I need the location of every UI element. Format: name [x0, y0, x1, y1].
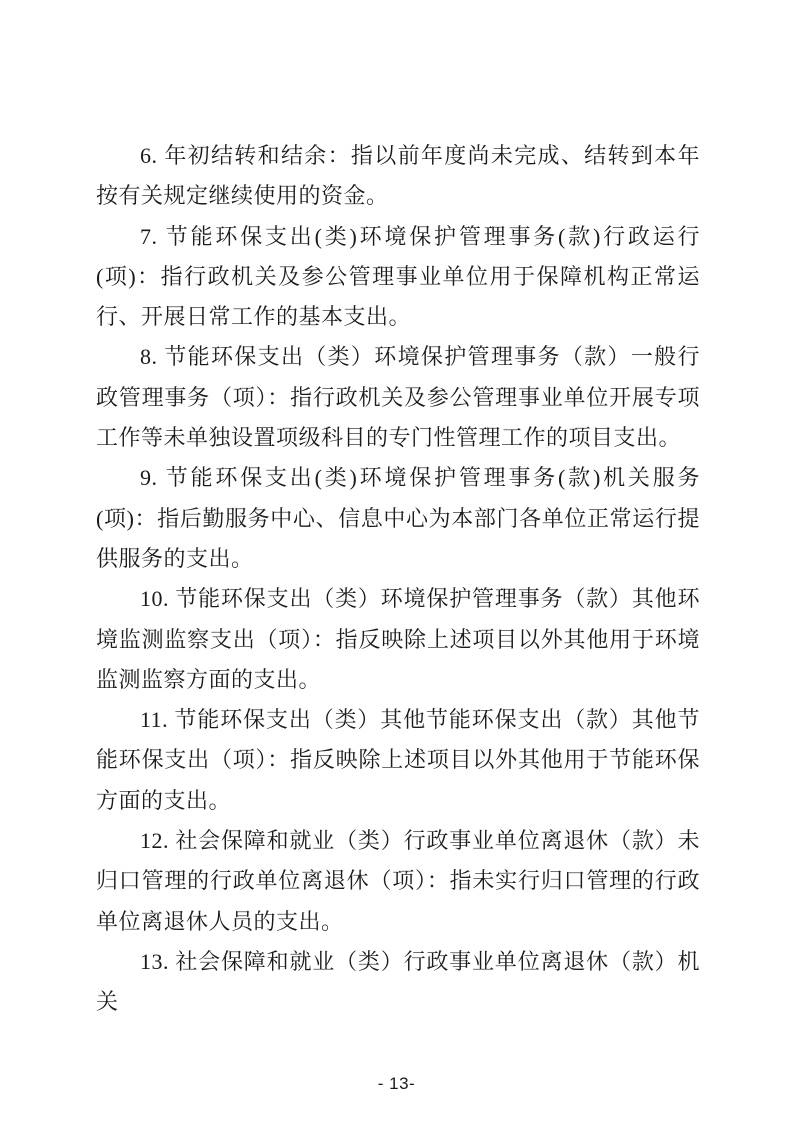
paragraph-item-9: 9. 节能环保支出(类)环境保护管理事务(款)机关服务(项)：指后勤服务中心、信… — [96, 458, 700, 579]
document-page: 6. 年初结转和结余：指以前年度尚未完成、结转到本年按有关规定继续使用的资金。 … — [0, 0, 793, 1122]
page-number: - 13- — [0, 1074, 793, 1094]
paragraph-item-6: 6. 年初结转和结余：指以前年度尚未完成、结转到本年按有关规定继续使用的资金。 — [96, 136, 700, 217]
paragraph-item-11: 11. 节能环保支出（类）其他节能环保支出（款）其他节能环保支出（项）：指反映除… — [96, 700, 700, 821]
paragraph-item-7: 7. 节能环保支出(类)环境保护管理事务(款)行政运行(项)：指行政机关及参公管… — [96, 217, 700, 338]
paragraph-item-10: 10. 节能环保支出（类）环境保护管理事务（款）其他环境监测监察支出（项）：指反… — [96, 579, 700, 700]
document-body: 6. 年初结转和结余：指以前年度尚未完成、结转到本年按有关规定继续使用的资金。 … — [96, 136, 700, 1023]
paragraph-item-13: 13. 社会保障和就业（类）行政事业单位离退休（款）机关 — [96, 942, 700, 1023]
paragraph-item-12: 12. 社会保障和就业（类）行政事业单位离退休（款）未归口管理的行政单位离退休（… — [96, 821, 700, 942]
paragraph-item-8: 8. 节能环保支出（类）环境保护管理事务（款）一般行政管理事务（项）：指行政机关… — [96, 337, 700, 458]
